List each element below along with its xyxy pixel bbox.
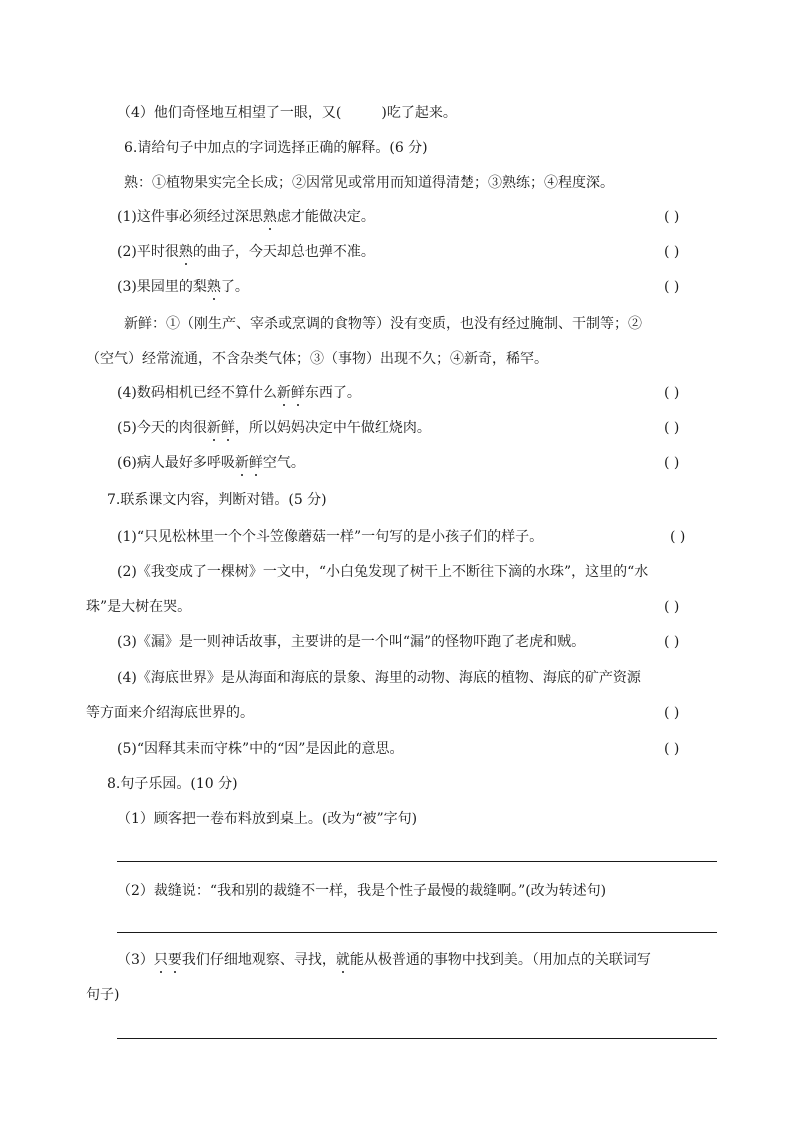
- dotted-char: 鲜: [291, 384, 305, 402]
- q6-item-1: (1)这件事必须经过深思熟虑才能做决定。: [117, 208, 375, 226]
- q7-item-4-line1: (4)《海底世界》是从海面和海底的景象、海里的动物、海底的植物、海底的矿产资源: [117, 669, 641, 687]
- item-text: 我们仔细地观察、寻找，: [182, 952, 336, 968]
- item-text: 东西了。: [305, 385, 361, 401]
- q5-item-4-after: )吃了起来。: [381, 105, 456, 121]
- item-text: 虑才能做决定。: [277, 209, 375, 225]
- answer-paren[interactable]: ( ): [664, 243, 679, 261]
- answer-paren[interactable]: ( ): [664, 633, 679, 651]
- answer-paren[interactable]: ( ): [664, 704, 679, 722]
- dotted-char: 鲜: [221, 419, 235, 437]
- answer-line[interactable]: [117, 932, 717, 933]
- q6-title: 6.请给句子中加点的字词选择正确的解释。(6 分): [124, 139, 428, 157]
- answer-paren[interactable]: ( ): [664, 454, 679, 472]
- q7-item-2-line2: 珠”是大树在哭。: [86, 598, 191, 616]
- q8-title: 8.句子乐园。(10 分): [107, 775, 238, 793]
- dotted-char: 新: [235, 454, 249, 472]
- answer-paren[interactable]: ( ): [664, 598, 679, 616]
- item-text: 能从极普通的事物中找到美。（用加点的关联词写: [350, 952, 651, 968]
- q6-item-3: (3)果园里的梨熟了。: [117, 278, 249, 296]
- answer-paren[interactable]: ( ): [664, 208, 679, 226]
- answer-paren[interactable]: ( ): [670, 528, 685, 546]
- item-text: (4)数码相机已经不算什么: [117, 385, 277, 401]
- answer-paren[interactable]: ( ): [664, 278, 679, 296]
- dotted-char: 要: [168, 951, 182, 969]
- answer-paren[interactable]: ( ): [664, 419, 679, 437]
- q7-title: 7.联系课文内容，判断对错。(5 分): [107, 491, 327, 509]
- q6-shu-definition: 熟：①植物果实完全长成；②因常见或常用而知道得清楚；③熟练；④程度深。: [124, 174, 614, 192]
- q6-xinxian-definition-line2: （空气）经常流通，不含杂类气体；③（事物）出现不久；④新奇，稀罕。: [86, 350, 548, 368]
- q8-item-3-line2: 句子): [86, 986, 119, 1004]
- dotted-char: 熟: [179, 243, 193, 261]
- item-text: 的曲子，今天却总也弹不准。: [193, 244, 375, 260]
- item-text: (5)今天的肉很: [117, 420, 207, 436]
- q7-item-1: (1)“只见松林里一个个斗笠像蘑菇一样”一句写的是小孩子们的样子。: [117, 528, 543, 546]
- item-text: (6)病人最好多呼吸: [117, 455, 235, 471]
- answer-line[interactable]: [117, 861, 717, 862]
- item-text: 了。: [221, 279, 249, 295]
- dotted-char: 鲜: [249, 454, 263, 472]
- q6-item-4: (4)数码相机已经不算什么新鲜东西了。: [117, 384, 361, 402]
- dotted-char: 新: [207, 419, 221, 437]
- q7-item-4-line2: 等方面来介绍海底世界的。: [86, 704, 254, 722]
- q6-item-5: (5)今天的肉很新鲜，所以妈妈决定中午做红烧肉。: [117, 419, 431, 437]
- q7-item-2-line1: (2)《我变成了一棵树》一文中，“小白兔发现了树干上不断往下滴的水珠”，这里的“…: [117, 563, 648, 581]
- item-text: （3）: [117, 952, 154, 968]
- q7-item-3: (3)《漏》是一则神话故事，主要讲的是一个叫“漏”的怪物吓跑了老虎和贼。: [117, 633, 585, 651]
- q8-item-2: （2）裁缝说：“我和别的裁缝不一样，我是个性子最慢的裁缝啊。”(改为转述句): [117, 882, 606, 900]
- q8-item-3-line1: （3）只要我们仔细地观察、寻找，就能从极普通的事物中找到美。（用加点的关联词写: [117, 951, 651, 969]
- answer-line[interactable]: [117, 1038, 717, 1039]
- q8-item-1: （1）顾客把一卷布料放到桌上。(改为“被”字句): [117, 810, 417, 828]
- dotted-char: 就: [336, 951, 350, 969]
- item-text: 空气。: [263, 455, 305, 471]
- q7-item-5: (5)“因释其耒而守株”中的“因”是因此的意思。: [117, 740, 403, 758]
- q6-xinxian-definition-line1: 新鲜：①（刚生产、宰杀或烹调的食物等）没有变质，也没有经过腌制、干制等；②: [124, 315, 642, 333]
- item-text: (3)果园里的梨: [117, 279, 207, 295]
- dotted-char: 熟: [263, 208, 277, 226]
- item-text: (2)平时很: [117, 244, 179, 260]
- dotted-char: 新: [277, 384, 291, 402]
- q5-item-4: （4）他们奇怪地互相望了一眼，又()吃了起来。: [117, 104, 457, 122]
- dotted-char: 只: [154, 951, 168, 969]
- item-text: ，所以妈妈决定中午做红烧肉。: [235, 420, 431, 436]
- dotted-char: 熟: [207, 278, 221, 296]
- item-text: (1)这件事必须经过深思: [117, 209, 263, 225]
- q5-item-4-before: （4）他们奇怪地互相望了一眼，又(: [117, 105, 341, 121]
- answer-paren[interactable]: ( ): [664, 384, 679, 402]
- answer-paren[interactable]: ( ): [664, 740, 679, 758]
- q6-item-6: (6)病人最好多呼吸新鲜空气。: [117, 454, 305, 472]
- q6-item-2: (2)平时很熟的曲子，今天却总也弹不准。: [117, 243, 375, 261]
